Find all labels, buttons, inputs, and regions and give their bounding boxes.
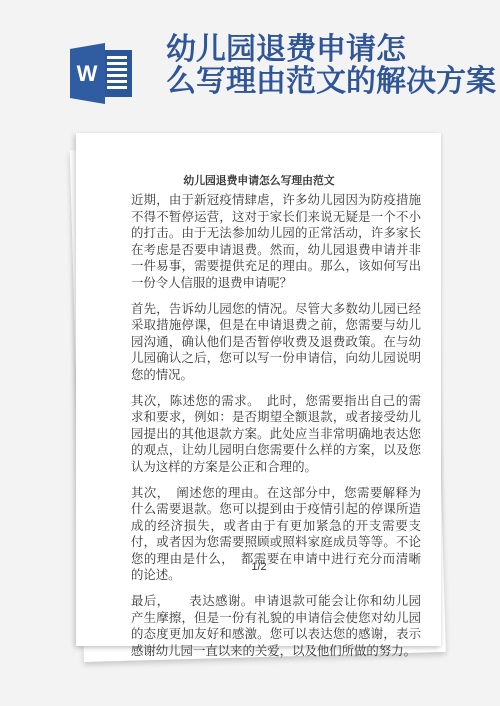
page-title: 幼儿园退费申请怎 么写理由范文的解决方案 (166, 34, 500, 98)
document-page[interactable]: 幼儿园退费申请怎么写理由范文 近期，由于新冠疫情肆虐，许多幼儿园因为防疫措施不得… (76, 133, 441, 646)
paragraph-situation: 首先，告诉幼儿园您的情况。尽管大多数幼儿园已经采取措施停课，但是在申请退费之前，… (131, 301, 421, 384)
paragraph-request: 其次，陈述您的需求。 此时，您需要指出自己的需求和要求，例如：是否期望全额退款，… (131, 393, 421, 476)
word-document-icon: W (70, 43, 134, 104)
page-number: 1/2 (76, 561, 442, 573)
title-line-1: 幼儿园退费申请怎 (166, 34, 500, 66)
document-body: 近期，由于新冠疫情肆虐，许多幼儿园因为防疫措施不得不暂停运营，这对于家长们来说无… (131, 192, 421, 668)
document-title: 幼儿园退费申请怎么写理由范文 (76, 174, 442, 188)
paragraph-intro: 近期，由于新冠疫情肆虐，许多幼儿园因为防疫措施不得不暂停运营，这对于家长们来说无… (131, 192, 421, 292)
title-line-2: 么写理由范文的解决方案 (166, 66, 500, 98)
header-banner: W 幼儿园退费申请怎 么写理由范文的解决方案 (0, 0, 500, 130)
svg-text:W: W (77, 61, 98, 86)
paragraph-thanks: 最后， 表达感谢。申请退款可能会让你和幼儿园产生摩擦，但是一份有礼貌的申请信会使… (131, 593, 421, 659)
